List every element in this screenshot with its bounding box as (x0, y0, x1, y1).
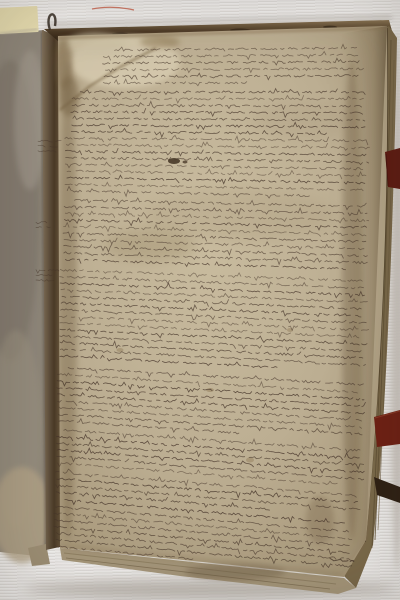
red-thread (92, 7, 134, 10)
photo-canvas (0, 0, 400, 600)
stain (306, 496, 334, 544)
paper-tab (0, 6, 39, 34)
curl-crease (342, 60, 362, 540)
stain (140, 36, 180, 48)
foxing-spot (206, 388, 214, 392)
foxing-spot (117, 348, 124, 352)
manuscript-photo (0, 0, 400, 600)
ink-blot (183, 161, 188, 164)
gutter-inner-shadow (59, 60, 77, 540)
foxing-spot (246, 458, 254, 463)
